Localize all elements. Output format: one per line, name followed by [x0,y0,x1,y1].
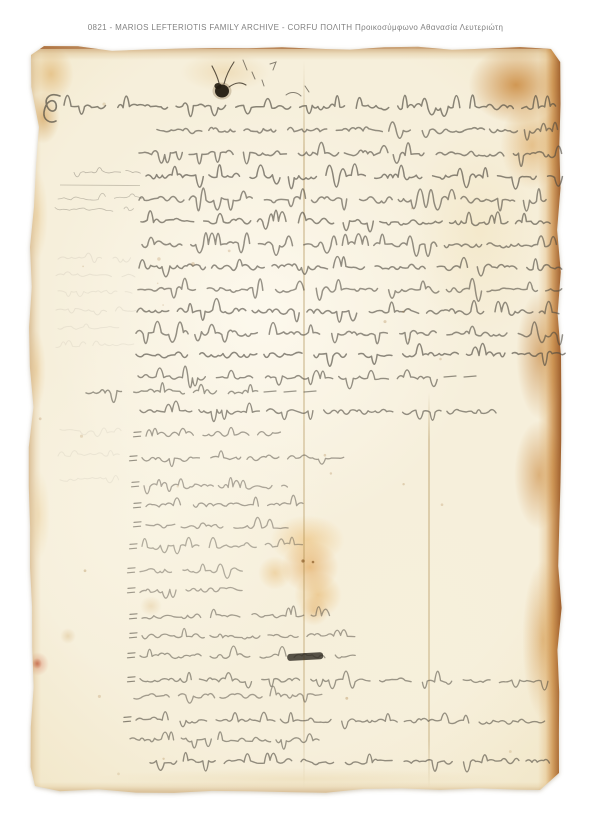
burn-edge-bottom [28,782,562,793]
stain [294,572,342,618]
stain [468,46,564,124]
fold-crease [303,60,305,788]
scan-page: 0821 - MARIOS LEFTERIOTIS FAMILY ARCHIVE… [0,0,591,818]
stain [516,290,564,420]
stain [258,556,292,590]
stain [90,768,510,790]
fold-crease [428,392,430,788]
stain [28,46,74,102]
stain [514,420,564,530]
burn-edge-top [28,46,562,60]
stain [180,52,270,92]
archive-caption: 0821 - MARIOS LEFTERIOTIS FAMILY ARCHIVE… [0,23,591,32]
manuscript-paper [28,46,562,793]
stain [32,658,42,669]
burn-edge-left [28,46,41,793]
manuscript-paper-wrap [28,46,562,793]
stain [410,120,550,340]
stain [26,170,48,260]
stain [281,541,339,593]
stain [140,596,162,616]
stain [28,470,50,560]
stain [27,652,49,676]
burn-edge-right [538,46,562,793]
stain [500,100,564,190]
stain [26,92,60,144]
stain [26,330,46,410]
burn-rim-top [28,46,562,49]
stain [299,596,329,626]
stain [522,560,564,720]
stain [270,515,345,565]
stain [60,628,76,644]
